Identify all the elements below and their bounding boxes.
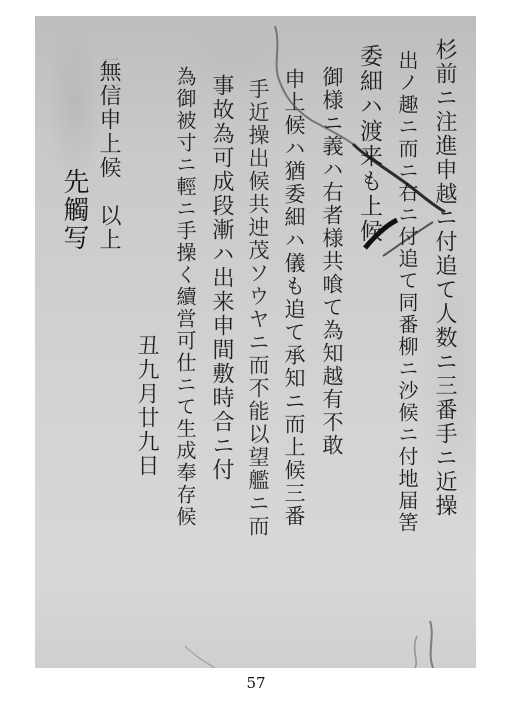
page-number: 57 — [0, 674, 512, 692]
manuscript-page: 三一 杉前ニ注進申越ニ付追て人数ニ三番手ニ近操 出ノ趣ニ而ニ右ニ付追て同番柳ニ沙… — [35, 16, 476, 668]
paper-crack-lines — [35, 16, 476, 668]
